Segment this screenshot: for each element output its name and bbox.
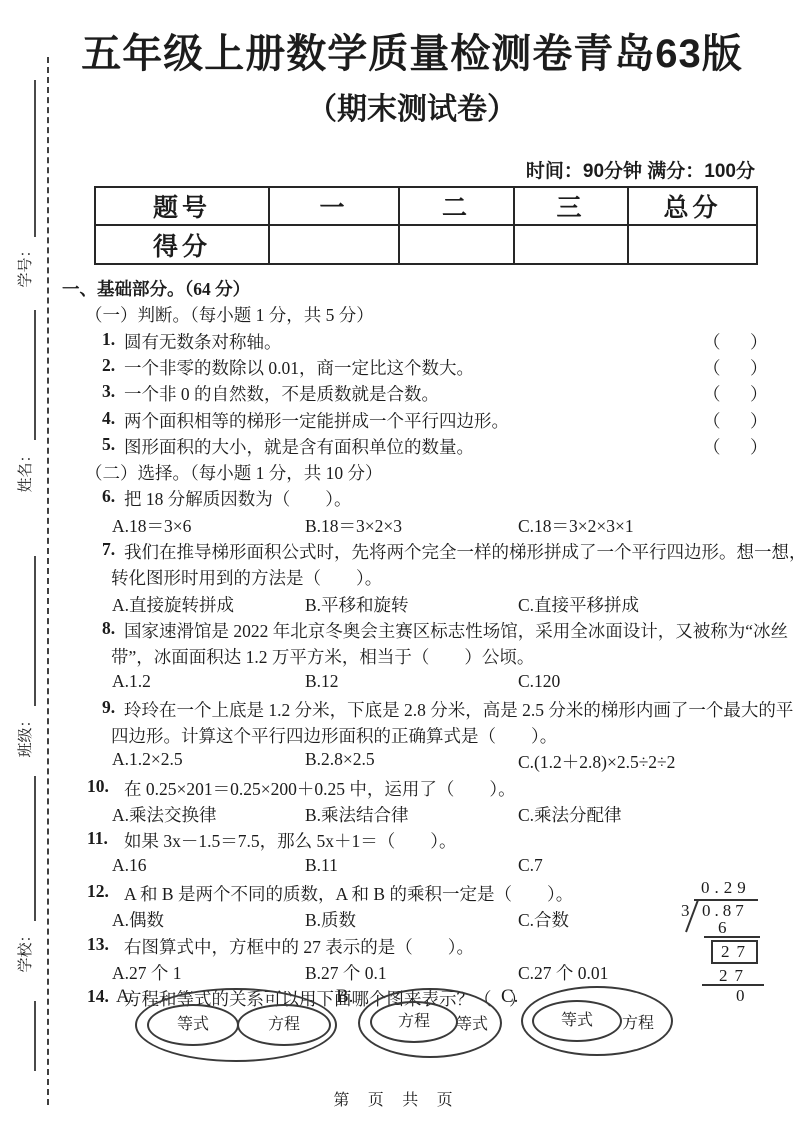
- question-number: 13.: [87, 934, 109, 955]
- score-cell-empty: [628, 225, 757, 264]
- option-b: B.27 个 0.1: [305, 960, 387, 985]
- option-a: A.1.2×2.5: [112, 749, 183, 770]
- question-number: 7.: [102, 539, 115, 560]
- question-number: 3.: [102, 381, 115, 402]
- option-c: C.乘法分配律: [518, 802, 622, 827]
- option-a: A.直接旋转拼成: [112, 592, 234, 617]
- options-line: A.偶数B.质数C.合数: [62, 907, 768, 933]
- division-step2: 27: [719, 966, 750, 986]
- question-text: 如果 3x－1.5＝7.5，那么 5x＋1＝（ ）。: [124, 828, 457, 853]
- question-number: 8.: [102, 618, 115, 639]
- answer-blank: （ ）: [703, 355, 774, 380]
- question-number: 5.: [102, 434, 115, 455]
- question-line: 10.在 0.25×201＝0.25×200＋0.25 中，运用了（ ）。: [62, 776, 768, 802]
- option-a: A.乘法交换律: [112, 802, 217, 827]
- question-text: 玲玲在一个上底是 1.2 分米，下底是 2.8 分米，高是 2.5 分米的梯形内…: [124, 697, 793, 722]
- venn-a-inner-right: 方程: [237, 1004, 331, 1046]
- options-line: A.16B.11C.7: [62, 855, 768, 881]
- venn-c-inner: 等式: [532, 1000, 622, 1042]
- question-text: 带”，冰面面积达 1.2 万平方米，相当于（ ）公顷。: [111, 644, 534, 669]
- question-line: 9.玲玲在一个上底是 1.2 分米，下底是 2.8 分米，高是 2.5 分米的梯…: [62, 697, 768, 723]
- division-quotient: 0.29: [701, 878, 751, 898]
- question-text: 四边形。计算这个平行四边形面积的正确算式是（ ）。: [111, 723, 557, 748]
- option-c: C.27 个 0.01: [518, 960, 608, 985]
- cut-dashed-line: [47, 57, 49, 1105]
- option-b: B.18＝3×2×3: [305, 513, 402, 538]
- question-line: 6.把 18 分解质因数为（ ）。: [62, 486, 768, 512]
- question-number: 2.: [102, 355, 115, 376]
- question-text: 转化图形时用到的方法是（ ）。: [111, 565, 382, 590]
- question-line: 5.图形面积的大小，就是含有面积单位的数量。（ ）: [62, 434, 768, 460]
- question-number: 12.: [87, 881, 109, 902]
- section-title: 一、基础部分。（64 分）: [62, 276, 250, 301]
- question-line: 11.如果 3x－1.5＝7.5，那么 5x＋1＝（ ）。: [62, 828, 768, 854]
- division-divisor: 3: [681, 901, 690, 921]
- option-c: C.18＝3×2×3×1: [518, 513, 634, 538]
- question-number: 1.: [102, 329, 115, 350]
- question-text: 我们在推导梯形面积公式时，先将两个完全一样的梯形拼成了一个平行四边形。想一想，: [124, 539, 793, 564]
- score-header-cell: 三: [514, 187, 628, 225]
- option-b: B.11: [305, 855, 338, 876]
- division-boxed-27: 27: [711, 940, 758, 964]
- venn-c-outer-label: 方程: [622, 1010, 654, 1033]
- class-label: 班级：: [16, 703, 36, 767]
- option-c: C.直接平移拼成: [518, 592, 639, 617]
- option-b: B.12: [305, 671, 339, 692]
- question-line: 2.一个非零的数除以 0.01，商一定比这个数大。（ ）: [62, 355, 768, 381]
- score-cell-empty: [269, 225, 399, 264]
- option-a: A.18＝3×6: [112, 513, 191, 538]
- school-fill-line: [34, 776, 36, 921]
- question-number: 9.: [102, 697, 115, 718]
- question-line: 4.两个面积相等的梯形一定能拼成一个平行四边形。（ ）: [62, 408, 768, 434]
- score-header-cell: 二: [399, 187, 514, 225]
- option-a: A.1.2: [112, 671, 151, 692]
- option-b: B.质数: [305, 907, 356, 932]
- student-id-fill-line: [34, 80, 36, 237]
- option-a: A.16: [112, 855, 147, 876]
- options-line: A.1.2B.12C.120: [62, 671, 768, 697]
- answer-blank: （ ）: [703, 329, 774, 354]
- answer-blank: （ ）: [703, 408, 774, 433]
- diagram-option-letter-b: B.: [336, 986, 353, 1008]
- venn-b-inner: 方程: [370, 1001, 458, 1043]
- name-label: 姓名：: [16, 438, 36, 502]
- class-fill-line: [34, 556, 36, 706]
- question-text: 国家速滑馆是 2022 年北京冬奥会主赛区标志性场馆，采用全冰面设计，又被称为“…: [124, 618, 788, 643]
- page-title: 五年级上册数学质量检测卷青岛63版: [46, 22, 778, 79]
- score-header-cell: 题号: [95, 187, 269, 225]
- answer-blank: （ ）: [703, 381, 774, 406]
- option-a: A.27 个 1: [112, 960, 182, 985]
- question-continuation: 转化图形时用到的方法是（ ）。: [62, 565, 768, 591]
- option-c: C.合数: [518, 907, 569, 932]
- question-text: 图形面积的大小，就是含有面积单位的数量。: [124, 434, 474, 459]
- question-continuation: 四边形。计算这个平行四边形面积的正确算式是（ ）。: [62, 723, 768, 749]
- page-footer: 第 页 共 页: [0, 1087, 793, 1110]
- score-cell-empty: [399, 225, 514, 264]
- page-subtitle: （期末测试卷）: [46, 84, 778, 128]
- option-c: C.120: [518, 671, 560, 692]
- question-text: 右图算式中，方框中的 27 表示的是（ ）。: [124, 934, 474, 959]
- diagram-option-letter-a: A.: [116, 986, 134, 1008]
- question-line: 7.我们在推导梯形面积公式时，先将两个完全一样的梯形拼成了一个平行四边形。想一想…: [62, 539, 768, 565]
- diagram-option-letter-c: C.: [501, 986, 518, 1008]
- question-number: 14.: [87, 986, 109, 1007]
- venn-b-outer-label: 等式: [456, 1011, 488, 1034]
- question-text: 一个非零的数除以 0.01，商一定比这个数大。: [124, 355, 474, 380]
- venn-diagram-a: 等式 方程: [135, 988, 337, 1062]
- question-text: 一个非 0 的自然数，不是质数就是合数。: [124, 381, 439, 406]
- subsection-title: （二）选择。（每小题 1 分，共 10 分）: [85, 460, 383, 485]
- score-table: 题号 一 二 三 总分 得分: [94, 186, 758, 265]
- division-step1: 6: [718, 918, 727, 938]
- question-text: A 和 B 是两个不同的质数，A 和 B 的乘积一定是（ ）。: [124, 881, 573, 906]
- score-cell-empty: [514, 225, 628, 264]
- question-number: 10.: [87, 776, 109, 797]
- student-id-label: 学号：: [16, 233, 36, 297]
- options-line: A.27 个 1B.27 个 0.1C.27 个 0.01: [62, 960, 768, 986]
- question-text: 在 0.25×201＝0.25×200＋0.25 中，运用了（ ）。: [124, 776, 516, 801]
- venn-diagram-b: 方程 等式: [358, 988, 502, 1058]
- score-table-score-row: 得分: [95, 225, 757, 264]
- subsection-title: （一）判断。（每小题 1 分，共 5 分）: [85, 302, 374, 327]
- time-score-info: 时间：90分钟 满分：100分: [526, 156, 755, 183]
- option-b: B.2.8×2.5: [305, 749, 375, 770]
- section-heading: 一、基础部分。（64 分）: [62, 276, 768, 302]
- question-number: 4.: [102, 408, 115, 429]
- subsection-heading: （一）判断。（每小题 1 分，共 5 分）: [62, 302, 768, 328]
- score-table-header-row: 题号 一 二 三 总分: [95, 187, 757, 225]
- answer-blank: （ ）: [703, 434, 774, 459]
- question-line: 3.一个非 0 的自然数，不是质数就是合数。（ ）: [62, 381, 768, 407]
- venn-a-inner-left: 等式: [147, 1004, 239, 1046]
- division-rule-2: [702, 984, 764, 986]
- options-line: A.乘法交换律B.乘法结合律C.乘法分配律: [62, 802, 768, 828]
- name-fill-line: [34, 310, 36, 440]
- bottom-fill-line: [34, 1001, 36, 1071]
- school-label: 学校：: [16, 918, 36, 982]
- options-line: A.18＝3×6B.18＝3×2×3C.18＝3×2×3×1: [62, 513, 768, 539]
- options-line: A.直接旋转拼成B.平移和旋转C.直接平移拼成: [62, 592, 768, 618]
- score-header-cell: 一: [269, 187, 399, 225]
- option-c: C.(1.2＋2.8)×2.5÷2÷2: [518, 749, 675, 774]
- division-rule-1: [704, 936, 760, 938]
- question-text: 把 18 分解质因数为（ ）。: [124, 486, 352, 511]
- score-row-label: 得分: [95, 225, 269, 264]
- question-line: 1.圆有无数条对称轴。（ ）: [62, 329, 768, 355]
- option-b: B.平移和旋转: [305, 592, 409, 617]
- question-text: 两个面积相等的梯形一定能拼成一个平行四边形。: [124, 408, 509, 433]
- question-number: 6.: [102, 486, 115, 507]
- options-line: A.1.2×2.5B.2.8×2.5C.(1.2＋2.8)×2.5÷2÷2: [62, 749, 768, 775]
- option-a: A.偶数: [112, 907, 164, 932]
- question-continuation: 带”，冰面面积达 1.2 万平方米，相当于（ ）公顷。: [62, 644, 768, 670]
- question-line: 12.A 和 B 是两个不同的质数，A 和 B 的乘积一定是（ ）。: [62, 881, 768, 907]
- question-line: 8.国家速滑馆是 2022 年北京冬奥会主赛区标志性场馆，采用全冰面设计，又被称…: [62, 618, 768, 644]
- question-text: 圆有无数条对称轴。: [124, 329, 282, 354]
- option-c: C.7: [518, 855, 543, 876]
- venn-diagram-c: 等式 方程: [521, 986, 673, 1056]
- score-header-cell: 总分: [628, 187, 757, 225]
- option-b: B.乘法结合律: [305, 802, 409, 827]
- question-number: 11.: [87, 828, 108, 849]
- long-division-figure: 0.29 3 0.87 6 27 27 0: [680, 878, 775, 1008]
- question-line: 13.右图算式中，方框中的 27 表示的是（ ）。: [62, 934, 768, 960]
- division-remainder: 0: [736, 986, 745, 1006]
- subsection-heading: （二）选择。（每小题 1 分，共 10 分）: [62, 460, 768, 486]
